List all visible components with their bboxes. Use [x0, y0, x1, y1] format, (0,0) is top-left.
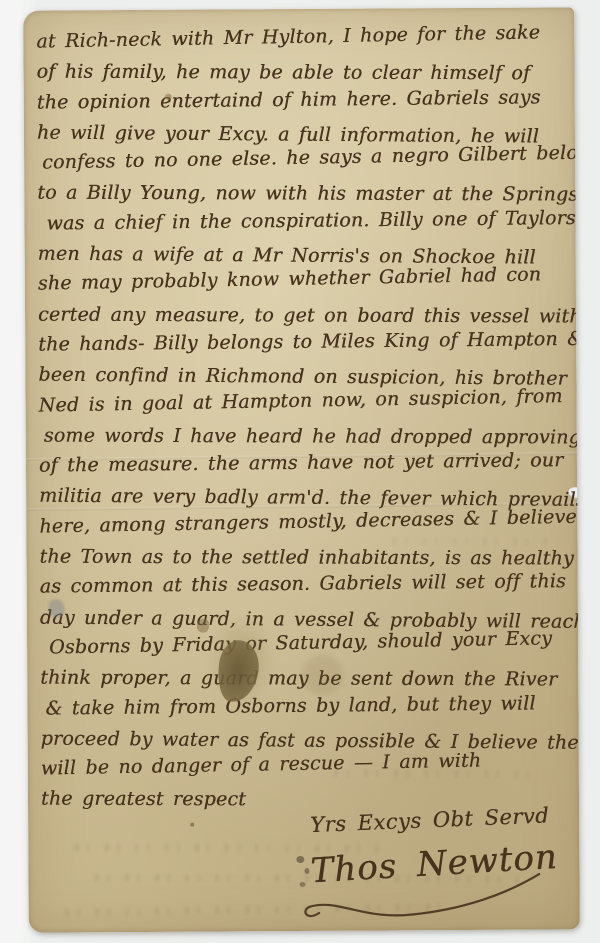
letter-line: at Rich-neck with Mr Hylton, I hope for … — [36, 17, 571, 57]
letter-line: as common at this season. Gabriels will … — [40, 566, 575, 602]
ink-speck — [165, 94, 172, 100]
ink-speck — [296, 856, 304, 863]
ink-speck — [304, 868, 309, 874]
ink-stain-smear — [301, 655, 343, 695]
blue-smudge — [49, 599, 65, 617]
letter-line: was a chief in the conspiration. Billy o… — [46, 203, 572, 239]
ink-speck — [190, 823, 194, 827]
letter-line: the opinion entertaind of him here. Gabr… — [37, 82, 572, 118]
ink-speck — [300, 882, 306, 887]
ink-stain-dot — [197, 619, 209, 633]
letter-line: & take him from Osborns by land, but the… — [45, 688, 575, 724]
letter-line: the hands- Billy belongs to Miles King o… — [38, 324, 573, 360]
letter-body: at Rich-neck with Mr Hylton, I hope for … — [36, 23, 576, 814]
letter-line: of the measure. the arms have not yet ar… — [39, 445, 574, 481]
letter-paper: at Rich-neck with Mr Hylton, I hope for … — [23, 7, 580, 932]
scan-background: { "letter": { "lines": [ "at Rich-neck w… — [0, 0, 600, 943]
